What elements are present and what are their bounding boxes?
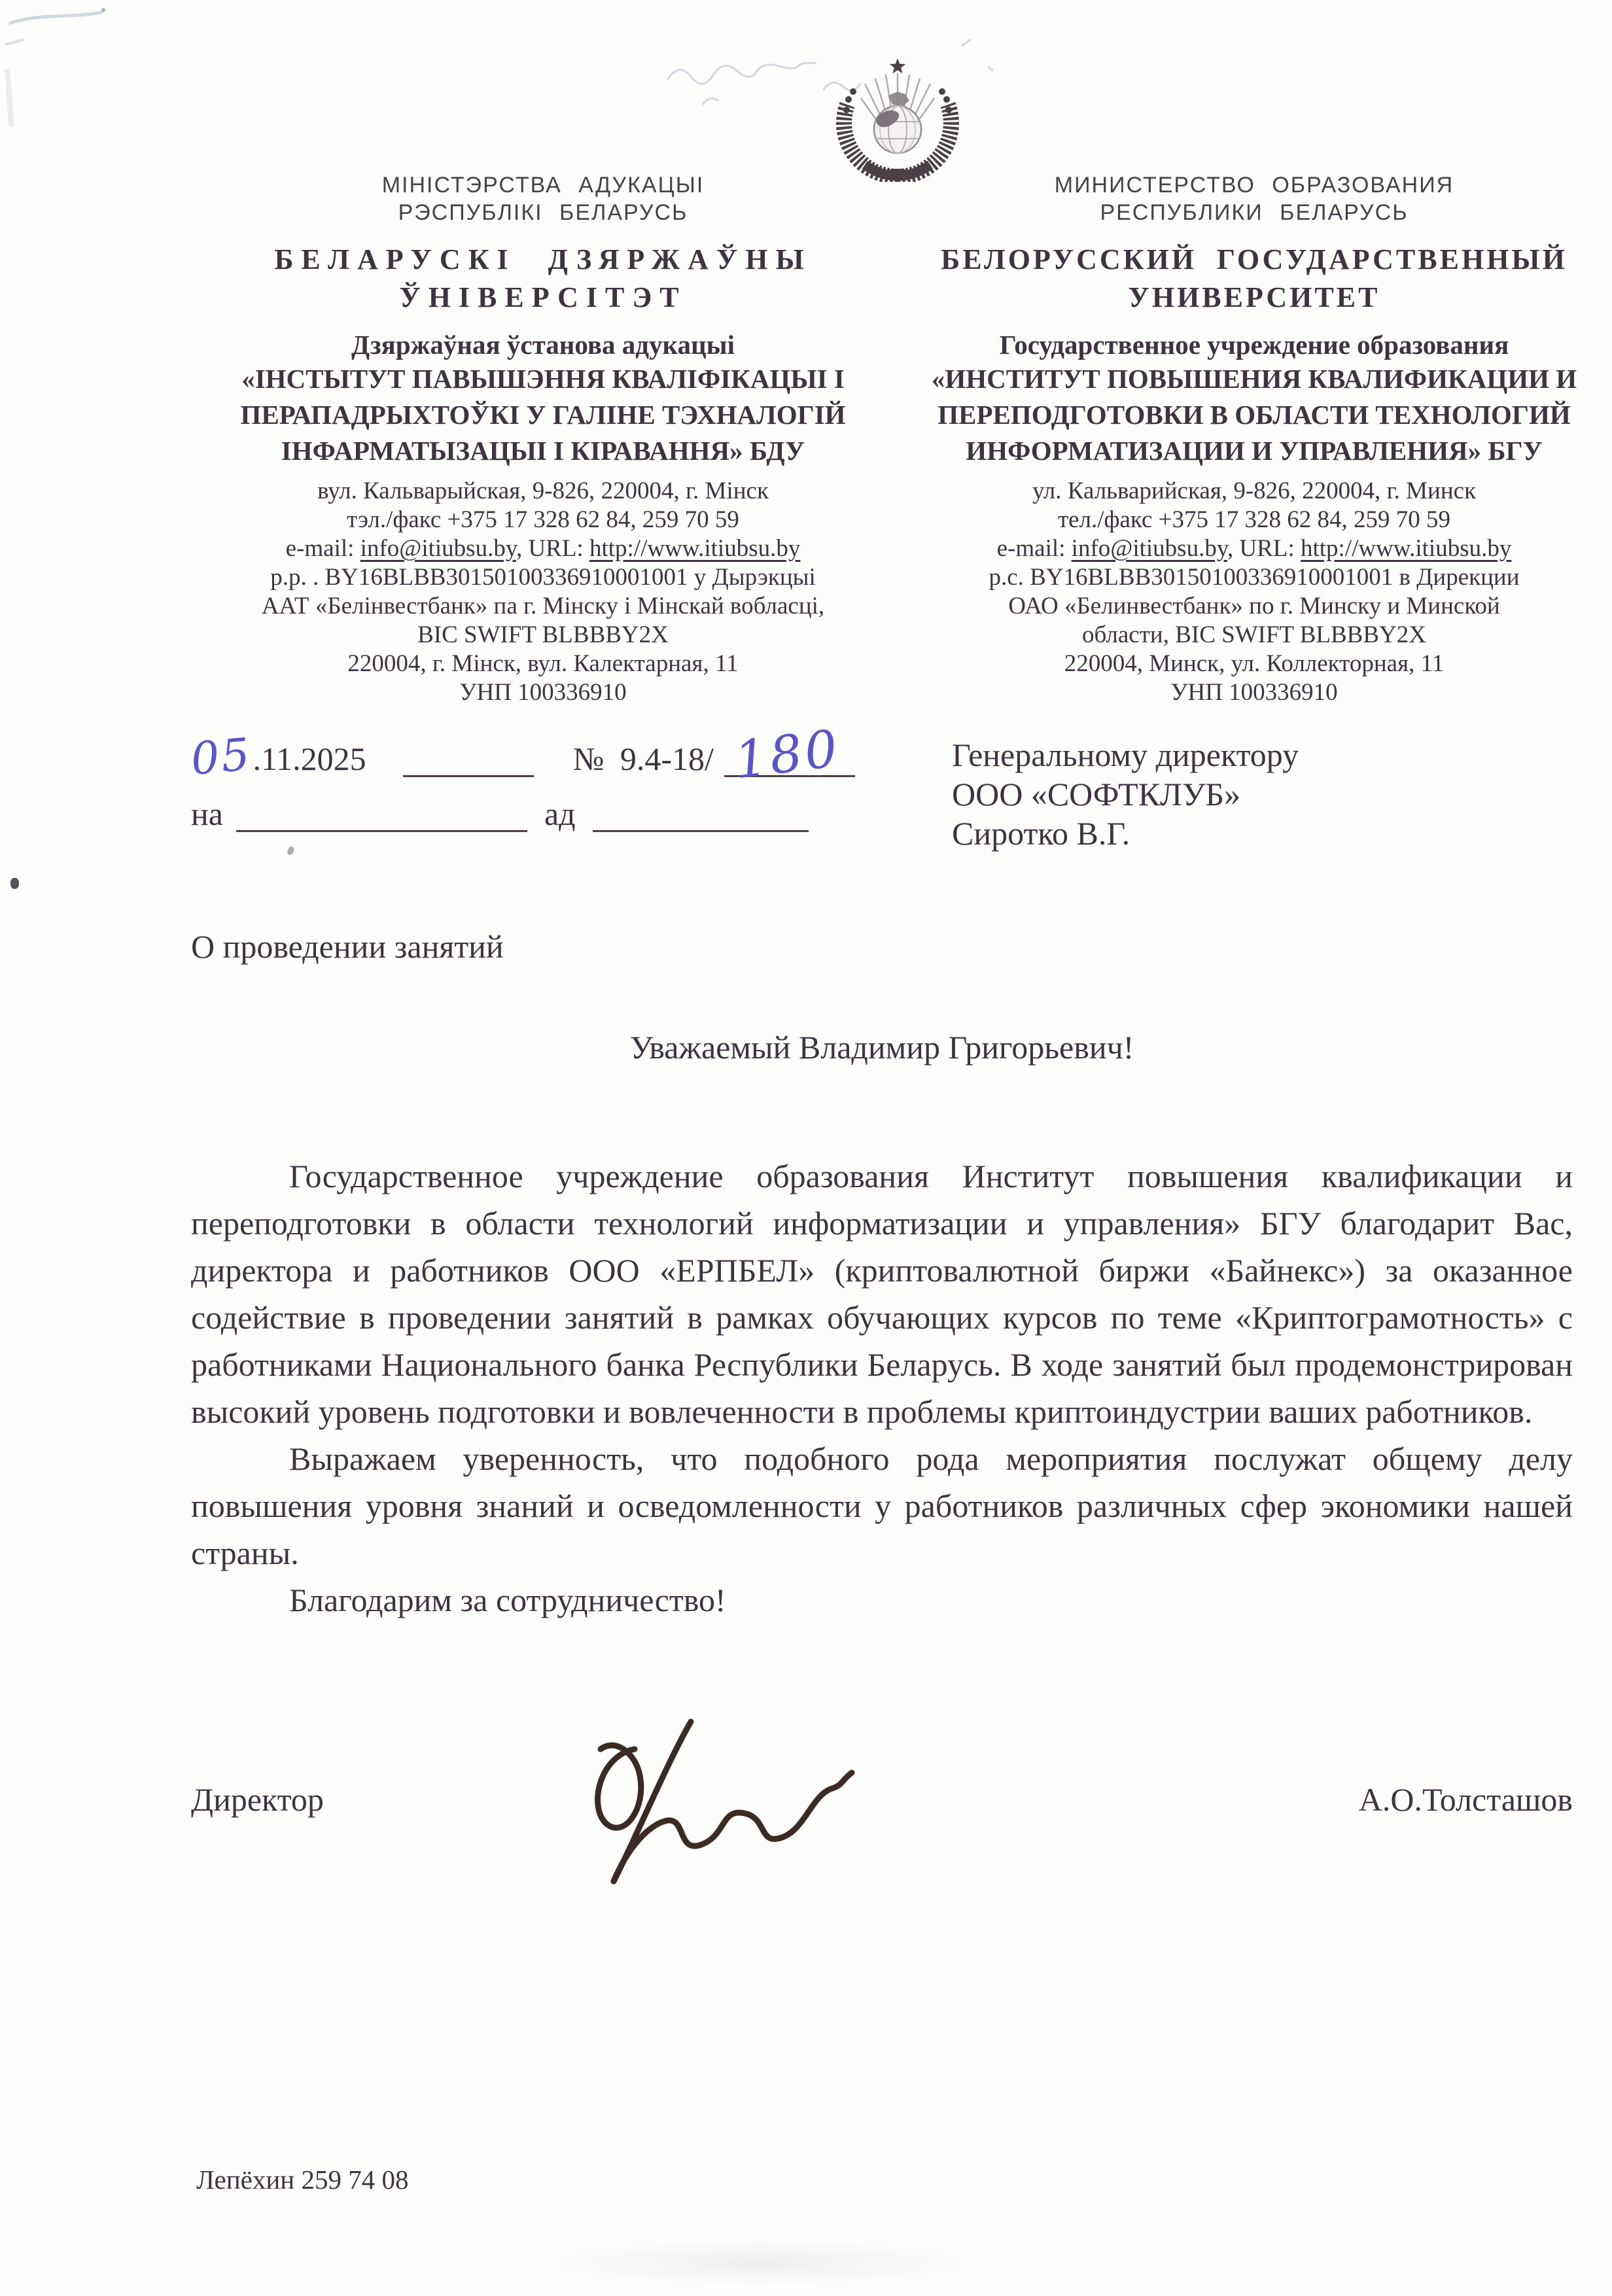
executor-contact: Лепёхин 259 74 08 bbox=[196, 2164, 409, 2195]
blank-underline bbox=[593, 799, 809, 832]
unp-number: УНП 100336910 bbox=[911, 678, 1598, 707]
bank-account-line3: области, BIC SWIFT BLBBBY2X bbox=[911, 621, 1598, 650]
outgoing-number-label: № 9.4-18/ bbox=[573, 740, 714, 777]
scanned-letter-page: МІНІСТЭРСТВА АДУКАЦЫІ РЭСПУБЛІКІ БЕЛАРУС… bbox=[0, 0, 1612, 2296]
url-link: http://www.itiubsu.by bbox=[1301, 535, 1511, 562]
org-name-line3: ИНФОРМАТИЗАЦИИ И УПРАВЛЕНИЯ» БГУ bbox=[911, 433, 1598, 469]
org-name-line1: «ИНСТИТУТ ПОВЫШЕНИЯ КВАЛИФИКАЦИИ И bbox=[911, 361, 1598, 397]
ministry-name-line2: РЕСПУБЛИКИ БЕЛАРУСЬ bbox=[911, 199, 1598, 226]
letterhead-russian: МИНИСТЕРСТВО ОБРАЗОВАНИЯ РЕСПУБЛИКИ БЕЛА… bbox=[911, 171, 1598, 707]
bank-account-line1: р.с. BY16BLBB30150100336910001001 в Дире… bbox=[911, 563, 1598, 592]
belarus-coat-of-arms bbox=[831, 52, 965, 182]
org-type: Государственное учреждение образования bbox=[911, 328, 1598, 361]
phone-fax: тел./факс +375 17 328 62 84, 259 70 59 bbox=[911, 506, 1598, 534]
scan-artifact-shadow bbox=[550, 2240, 968, 2286]
url-label: , URL: bbox=[516, 535, 584, 562]
addressee-person: Сиротко В.Г. bbox=[952, 814, 1299, 853]
url-label: , URL: bbox=[1227, 535, 1295, 562]
ministry-name-line1: МІНІСТЭРСТВА АДУКАЦЫІ bbox=[196, 171, 890, 199]
bank-account-line2: ААТ «Белінвестбанк» па г. Мінску і Мінск… bbox=[196, 592, 890, 621]
scan-artifact-speck bbox=[287, 846, 295, 856]
handwritten-date: 05 bbox=[190, 735, 253, 780]
addressee-position: Генеральному директору bbox=[952, 735, 1299, 774]
bank-address: 220004, г. Мінск, вул. Калектарная, 11 bbox=[196, 650, 890, 678]
body-paragraph-2: Выражаем уверенность, что подобного рода… bbox=[191, 1435, 1573, 1576]
org-type: Дзяржаўная ўстанова адукацыі bbox=[196, 328, 890, 361]
street-address: ул. Кальварийская, 9-826, 220004, г. Мин… bbox=[911, 477, 1598, 506]
email-label: e-mail: bbox=[997, 535, 1066, 562]
org-name-line2: ПЕРЕПОДГОТОВКИ В ОБЛАСТИ ТЕХНОЛОГИЙ bbox=[911, 397, 1598, 433]
reference-block: 05 .11.2025 № 9.4-18/ 180 на ад bbox=[191, 738, 911, 832]
letterhead-belarusian: МІНІСТЭРСТВА АДУКАЦЫІ РЭСПУБЛІКІ БЕЛАРУС… bbox=[196, 171, 890, 707]
email-label: e-mail: bbox=[286, 535, 355, 562]
university-name-line2: ЎНІВЕРСІТЭТ bbox=[196, 279, 890, 317]
body-paragraph-1: Государственное учреждение образования И… bbox=[191, 1153, 1573, 1435]
org-name-line3: ІНФАРМАТЫЗАЦЫІ І КІРАВАННЯ» БДУ bbox=[196, 433, 890, 469]
university-name-line1: БЕЛОРУССКИЙ ГОСУДАРСТВЕННЫЙ bbox=[911, 241, 1598, 279]
signer-title: Директор bbox=[191, 1781, 324, 1818]
outgoing-number-field: 180 bbox=[724, 742, 855, 777]
blank-underline bbox=[236, 799, 527, 832]
body-paragraph-3: Благодарим за сотрудничество! bbox=[191, 1576, 1573, 1624]
addressee-company: ООО «СОФТКЛУБ» bbox=[952, 774, 1299, 814]
blank-underline bbox=[403, 744, 534, 777]
ministry-name-line1: МИНИСТЕРСТВО ОБРАЗОВАНИЯ bbox=[911, 171, 1598, 199]
bank-swift: BIC SWIFT BLBBBY2X bbox=[196, 621, 890, 650]
from-label: ад bbox=[544, 795, 576, 832]
handwritten-signature bbox=[536, 1709, 864, 1898]
letter-body: Государственное учреждение образования И… bbox=[191, 1153, 1573, 1624]
addressee-block: Генеральному директору ООО «СОФТКЛУБ» Си… bbox=[952, 735, 1299, 853]
contact-line: e-mail: info@itiubsu.by, URL: http://www… bbox=[196, 534, 890, 563]
date-number-row: 05 .11.2025 № 9.4-18/ 180 bbox=[191, 738, 911, 777]
unp-number: УНП 100336910 bbox=[196, 678, 890, 707]
ministry-name-line2: РЭСПУБЛІКІ БЕЛАРУСЬ bbox=[196, 199, 890, 226]
signer-name: А.О.Толсташов bbox=[1359, 1781, 1573, 1818]
contact-line: e-mail: info@itiubsu.by, URL: http://www… bbox=[911, 534, 1598, 563]
bank-account-line2: ОАО «Белинвестбанк» по г. Минску и Минск… bbox=[911, 592, 1598, 621]
university-name-line1: БЕЛАРУСКІ ДЗЯРЖАЎНЫ bbox=[196, 241, 890, 279]
scan-artifact-ink-dot bbox=[10, 878, 19, 889]
phone-fax: тэл./факс +375 17 328 62 84, 259 70 59 bbox=[196, 506, 890, 534]
subject-line: О проведении занятий bbox=[191, 928, 504, 965]
street-address: вул. Кальварыйская, 9-826, 220004, г. Мі… bbox=[196, 477, 890, 506]
salutation: Уважаемый Владимир Григорьевич! bbox=[191, 1028, 1573, 1066]
bank-account-line1: р.р. . BY16BLBB30150100336910001001 у Ды… bbox=[196, 563, 890, 592]
star-icon bbox=[890, 58, 906, 73]
printed-date: .11.2025 bbox=[253, 740, 366, 777]
email-link: info@itiubsu.by bbox=[360, 535, 516, 562]
org-name-line2: ПЕРАПАДРЫХТОЎКІ У ГАЛІНЕ ТЭХНАЛОГІЙ bbox=[196, 397, 890, 433]
reply-label: на bbox=[191, 795, 223, 832]
org-name-line1: «ІНСТЫТУТ ПАВЫШЭННЯ КВАЛІФІКАЦЫІ І bbox=[196, 361, 890, 397]
scan-artifact-top-left bbox=[4, 4, 161, 141]
reply-reference-row: на ад bbox=[191, 795, 911, 832]
bank-address: 220004, Минск, ул. Коллекторная, 11 bbox=[911, 650, 1598, 678]
email-link: info@itiubsu.by bbox=[1072, 535, 1227, 562]
handwritten-number: 180 bbox=[732, 723, 843, 786]
url-link: http://www.itiubsu.by bbox=[589, 535, 800, 562]
university-name-line2: УНИВЕРСИТЕТ bbox=[911, 279, 1598, 317]
